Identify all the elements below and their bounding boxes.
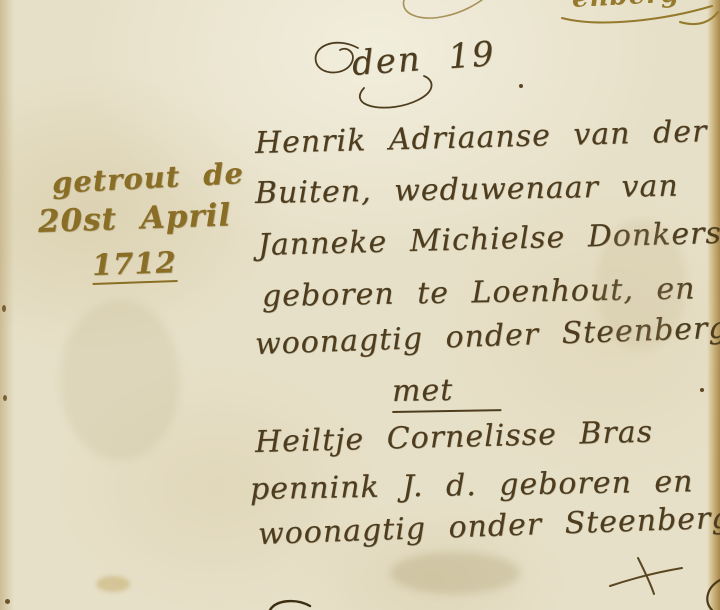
entry-line-groom-5: woonagtig onder Steenberg- [254,310,720,362]
entry-connector-word: met [392,372,502,409]
paper-speck [5,599,10,604]
edge-stroke-fragment [698,578,720,610]
entry-line-groom-4: geboren te Loenhout, en [262,271,696,314]
previous-entry-underline-flourish [560,2,720,32]
entry-line-groom-1: Henrik Adriaanse van der [255,114,708,161]
margin-note-line1: getrout de [51,156,245,200]
ink-dot [519,84,523,88]
paper-speck [3,395,7,401]
margin-note-year: 1712 [91,245,177,282]
margin-note-year-text: 1712 [91,245,177,285]
register-page: enberg den 19 getrout de 20st April 1712… [0,0,720,610]
entry-connector-text: met [392,372,502,413]
ink-bleedthrough [60,300,180,460]
ink-dot [700,388,704,392]
previous-entry-stroke-fragment [398,0,488,24]
entry-line-groom-3: Janneke Michielse Donkers [258,216,720,263]
entry-line-bride-1: Heiltje Cornelisse Bras [255,415,654,460]
entry-line-bride-2: pennink J. d. geboren en [250,464,694,507]
entry-line-bride-3: woonagtig onder Steenberge [257,500,720,552]
next-entry-stroke-fragment [266,598,316,610]
ink-bleedthrough [390,552,520,594]
margin-note-line2: 20st April [37,197,231,240]
cross-mark-icon [606,556,686,596]
entry-line-groom-2: Buiten, weduwenaar van [255,169,679,211]
paper-stain [96,576,130,592]
paper-speck [2,305,6,312]
